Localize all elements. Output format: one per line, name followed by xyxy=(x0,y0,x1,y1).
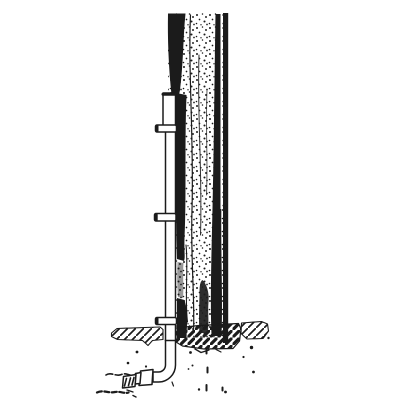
soil-speck xyxy=(188,368,190,370)
soil-speck xyxy=(250,346,253,349)
pipe-strap-bottom xyxy=(156,318,177,325)
soil-speck xyxy=(145,365,147,367)
pole-right-edge xyxy=(223,13,228,343)
strap-bolt xyxy=(156,125,159,132)
soil-dash xyxy=(222,387,224,392)
soil-dash xyxy=(207,367,209,374)
conduit-riser-top xyxy=(163,93,176,127)
ground-band-right xyxy=(241,322,269,340)
strap-bar xyxy=(156,125,177,132)
soil-speck xyxy=(136,351,139,354)
ground-end-dot xyxy=(267,337,269,339)
pole-conduit-illustration: Black-and-white stipple line illustratio… xyxy=(0,0,400,400)
utility-pole xyxy=(168,13,228,343)
soil-speck xyxy=(189,351,192,354)
strap-bar xyxy=(156,318,177,325)
conduit-main-pipe xyxy=(166,127,176,341)
soil-speck xyxy=(127,362,130,365)
soil-speck xyxy=(252,371,255,374)
strap-bar xyxy=(155,214,177,222)
ground-band-center xyxy=(176,324,241,350)
pole-shadow-behind-pipe-mid xyxy=(177,262,183,298)
pole-highlight-sliver xyxy=(221,14,223,209)
soil-dash xyxy=(206,349,208,355)
soil-speck xyxy=(242,356,244,358)
pole-grain-line-3 xyxy=(207,90,208,195)
strap-bolt xyxy=(155,214,158,222)
soil-speck xyxy=(192,365,194,367)
soil-speck xyxy=(198,388,200,390)
soil-dash xyxy=(206,384,208,392)
soil-speck xyxy=(224,391,227,394)
pipe-strap-middle xyxy=(155,214,177,222)
illustration-canvas: Black-and-white stipple line illustratio… xyxy=(0,0,400,400)
strap-bolt xyxy=(156,318,159,325)
pipe-strap-top xyxy=(156,125,177,132)
